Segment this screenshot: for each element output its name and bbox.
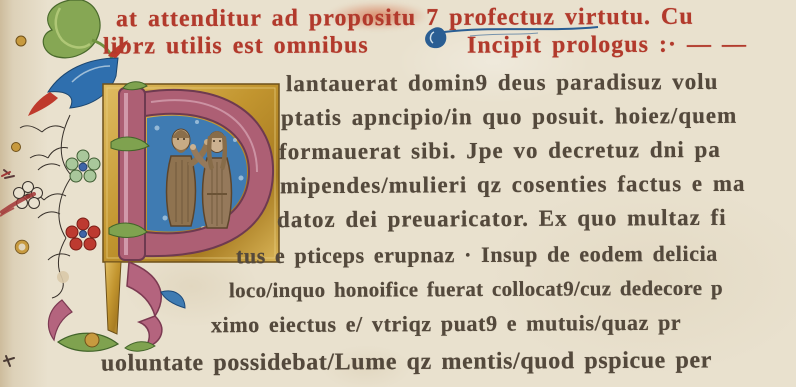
penwork-tendrils-icon bbox=[20, 115, 72, 298]
gold-bezants-icon bbox=[12, 36, 70, 283]
acanthus-leaf-top-icon bbox=[43, 0, 112, 62]
text-line-7: loco/inquo honoifice fuerat collocat9/cu… bbox=[229, 276, 723, 304]
text-line-4: mipendes/mulieri qz cosenties factus e m… bbox=[280, 171, 746, 199]
penwork-flower-white-icon bbox=[0, 182, 43, 217]
text-line-9: uoluntate possidebat/Lume qz mentis/quod… bbox=[101, 347, 712, 377]
text-line-2: ptatis apncipio/in quo posuit. hoiez/que… bbox=[281, 103, 737, 131]
rubric-line-2-left: librz utilis est omnibus bbox=[103, 32, 369, 60]
pen-trial-marks-icon bbox=[2, 170, 14, 366]
text-line-5: datoz dei preuaricator. Ex quo multaz fi bbox=[277, 205, 727, 233]
text-line-6: tus e pticeps erupnaz · Insup de eodem d… bbox=[236, 241, 718, 270]
descender-flourish-icon bbox=[105, 262, 185, 351]
rubric-line-1: at attenditur ad propositu 7 profectuz v… bbox=[116, 4, 694, 34]
text-line-3: formauerat sibi. Jpe vo decretuz dni pa bbox=[279, 137, 721, 165]
text-line-1: lantauerat domin9 deus paradisuz volu bbox=[286, 69, 719, 97]
text-line-8: ximo eiectus e/ vtriqz puat9 e mutuis/qu… bbox=[211, 310, 681, 338]
manuscript-page: at attenditur ad propositu 7 profectuz v… bbox=[0, 0, 796, 387]
blue-paraph-mark-icon bbox=[420, 24, 600, 50]
